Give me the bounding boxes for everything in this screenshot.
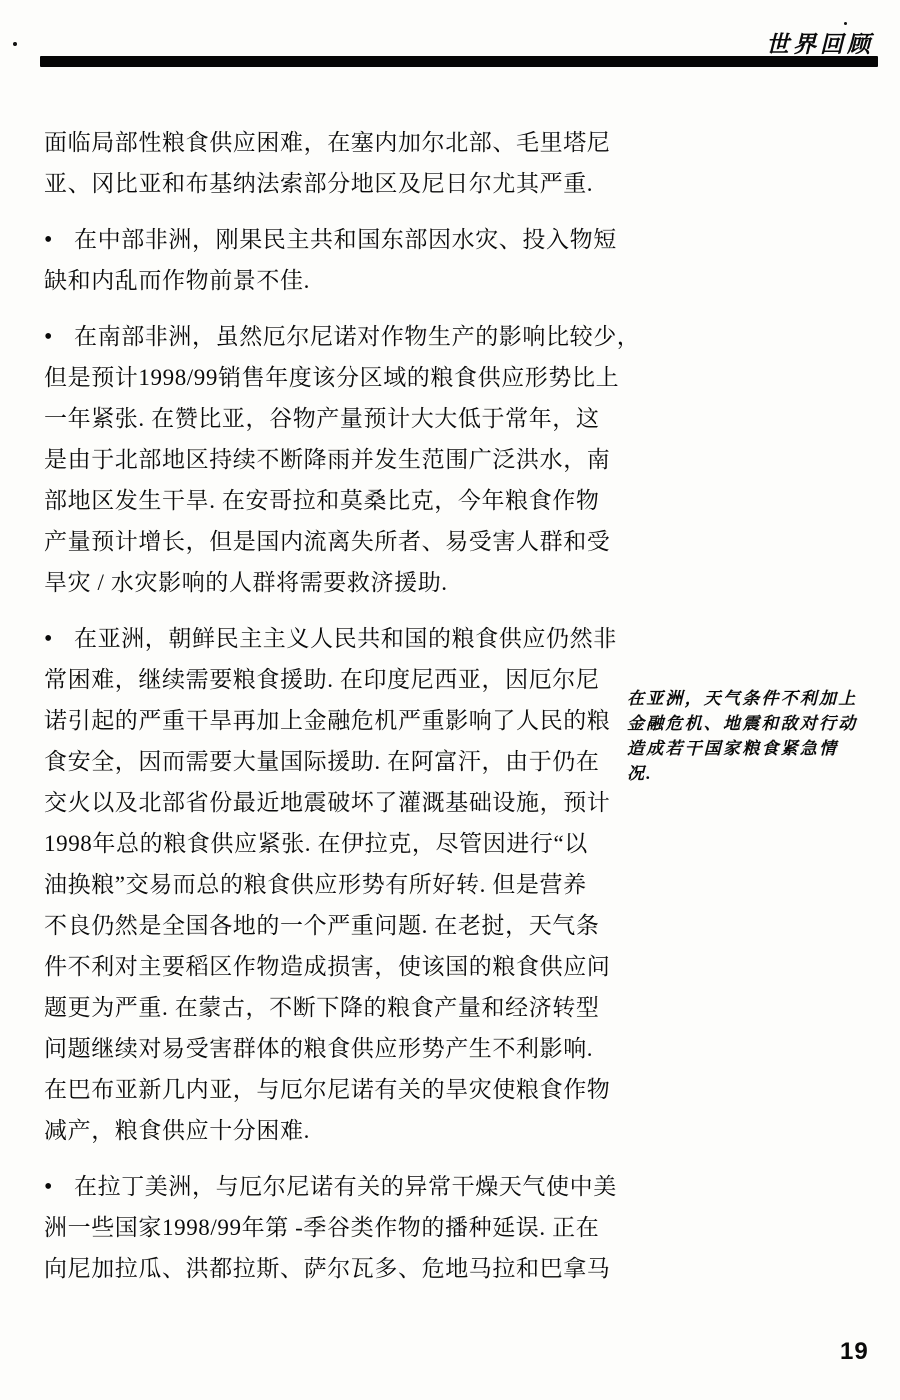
body-line: 不良仍然是全国各地的一个严重问题. 在老挝，天气条	[44, 905, 610, 946]
body-line: 一年紧张. 在赞比亚，谷物产量预计大大低于常年，这	[44, 398, 610, 439]
body-line: 在巴布亚新几内亚，与厄尔尼诺有关的旱灾使粮食作物	[44, 1069, 610, 1110]
bullet-icon: •	[44, 220, 74, 261]
paragraph: 面临局部性粮食供应困难，在塞内加尔北部、毛里塔尼亚、冈比亚和布基纳法索部分地区及…	[44, 122, 610, 204]
body-line: 题更为严重. 在蒙古，不断下降的粮食产量和经济转型	[44, 987, 610, 1028]
body-line: 常困难，继续需要粮食援助. 在印度尼西亚，因厄尔尼	[44, 659, 610, 700]
body-line: 减产，粮食供应十分困难.	[44, 1110, 610, 1151]
body-line: 面临局部性粮食供应困难，在塞内加尔北部、毛里塔尼	[44, 122, 610, 163]
bulleted-paragraph: •在南部非洲，虽然厄尔尼诺对作物生产的影响比较少，但是预计1998/99销售年度…	[44, 316, 610, 603]
body-line: 食安全，因而需要大量国际援助. 在阿富汗，由于仍在	[44, 741, 610, 782]
scan-speck	[844, 22, 847, 25]
body-line: •在拉丁美洲，与厄尔尼诺有关的异常干燥天气使中美	[44, 1166, 610, 1207]
body-line: 诺引起的严重干旱再加上金融危机严重影响了人民的粮	[44, 700, 610, 741]
body-line: 交火以及北部省份最近地震破坏了灌溉基础设施，预计	[44, 782, 610, 823]
bulleted-paragraph: •在中部非洲，刚果民主共和国东部因水灾、投入物短缺和内乱而作物前景不佳.	[44, 219, 610, 301]
body-line-text: 在中部非洲，刚果民主共和国东部因水灾、投入物短	[74, 227, 617, 252]
sidenote-line: 在亚洲，天气条件不利加上	[627, 686, 882, 711]
scan-speck	[13, 42, 17, 46]
body-text-column: 面临局部性粮食供应困难，在塞内加尔北部、毛里塔尼亚、冈比亚和布基纳法索部分地区及…	[44, 122, 610, 1304]
body-line: 缺和内乱而作物前景不佳.	[44, 260, 610, 301]
bullet-icon: •	[44, 619, 74, 660]
body-line: 1998年总的粮食供应紧张. 在伊拉克，尽管因进行“以	[44, 823, 610, 864]
body-line: •在亚洲，朝鲜民主主义人民共和国的粮食供应仍然非	[44, 618, 610, 659]
body-line: 部地区发生干旱. 在安哥拉和莫桑比克，今年粮食作物	[44, 480, 610, 521]
body-line: 件不利对主要稻区作物造成损害，使该国的粮食供应问	[44, 946, 610, 987]
page-number: 19	[840, 1338, 869, 1366]
body-line: 亚、冈比亚和布基纳法索部分地区及尼日尔尤其严重.	[44, 163, 610, 204]
body-line: 但是预计1998/99销售年度该分区域的粮食供应形势比上	[44, 357, 610, 398]
body-line-text: 在拉丁美洲，与厄尔尼诺有关的异常干燥天气使中美	[74, 1174, 617, 1199]
margin-sidenote: 在亚洲，天气条件不利加上金融危机、地震和敌对行动造成若干国家粮食紧急情况.	[627, 686, 882, 786]
body-line: 旱灾 / 水灾影响的人群将需要救济援助.	[44, 562, 610, 603]
sidenote-line: 造成若干国家粮食紧急情	[627, 736, 882, 761]
sidenote-line: 金融危机、地震和敌对行动	[627, 711, 882, 736]
body-line: 是由于北部地区持续不断降雨并发生范围广泛洪水，南	[44, 439, 610, 480]
body-line-text: 在亚洲，朝鲜民主主义人民共和国的粮食供应仍然非	[74, 626, 617, 651]
body-line: 问题继续对易受害群体的粮食供应形势产生不利影响.	[44, 1028, 610, 1069]
bulleted-paragraph: •在拉丁美洲，与厄尔尼诺有关的异常干燥天气使中美洲一些国家1998/99年第 -…	[44, 1166, 610, 1289]
header-divider-rule	[40, 56, 878, 67]
page-header-title: 世界回顾	[766, 26, 874, 59]
sidenote-line: 况.	[627, 761, 882, 786]
body-line: 油换粮”交易而总的粮食供应形势有所好转. 但是营养	[44, 864, 610, 905]
body-line: 洲一些国家1998/99年第 -季谷类作物的播种延误. 正在	[44, 1207, 610, 1248]
bulleted-paragraph: •在亚洲，朝鲜民主主义人民共和国的粮食供应仍然非常困难，继续需要粮食援助. 在印…	[44, 618, 610, 1151]
document-page: 世界回顾 面临局部性粮食供应困难，在塞内加尔北部、毛里塔尼亚、冈比亚和布基纳法索…	[0, 0, 900, 1400]
body-line: •在中部非洲，刚果民主共和国东部因水灾、投入物短	[44, 219, 610, 260]
bullet-icon: •	[44, 1167, 74, 1208]
bullet-icon: •	[44, 317, 74, 358]
body-line-text: 在南部非洲，虽然厄尔尼诺对作物生产的影响比较少，	[74, 324, 640, 349]
body-line: •在南部非洲，虽然厄尔尼诺对作物生产的影响比较少，	[44, 316, 610, 357]
body-line: 向尼加拉瓜、洪都拉斯、萨尔瓦多、危地马拉和巴拿马	[44, 1248, 610, 1289]
body-line: 产量预计增长，但是国内流离失所者、易受害人群和受	[44, 521, 610, 562]
